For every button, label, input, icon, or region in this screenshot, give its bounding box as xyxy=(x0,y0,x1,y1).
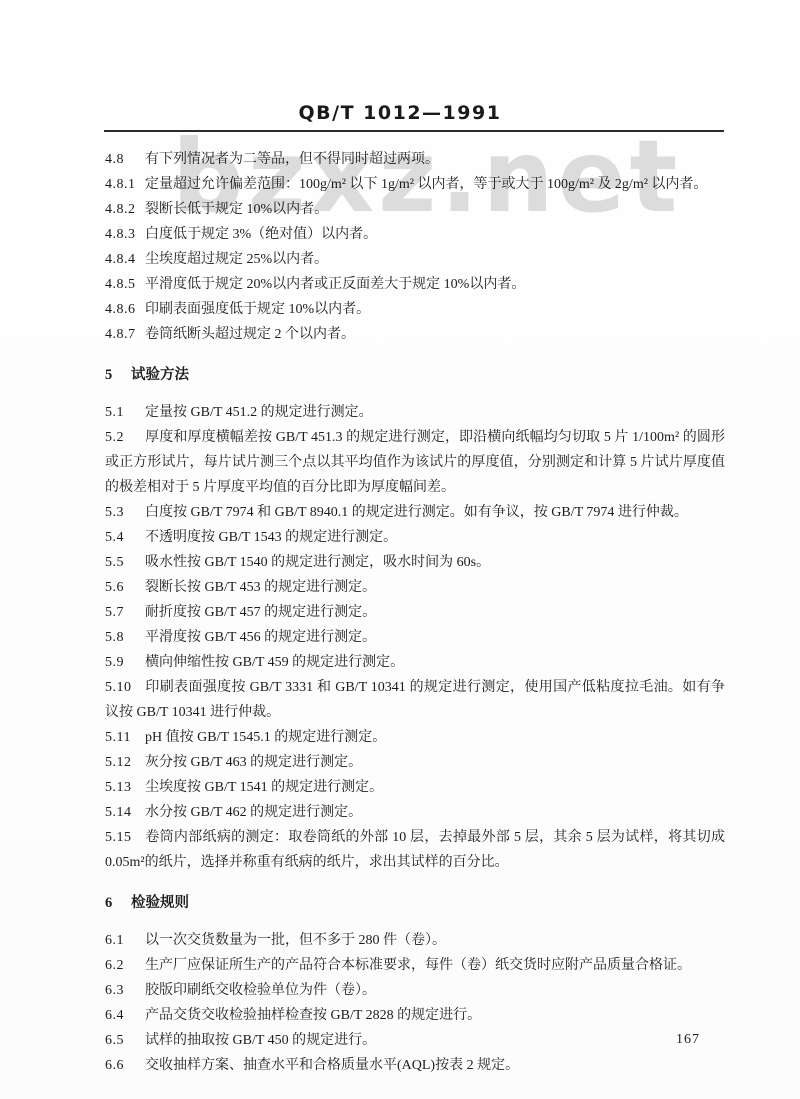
clause-text: 耐折度按 GB/T 457 的规定进行测定。 xyxy=(145,605,376,620)
clause-number: 5.6 xyxy=(105,575,145,600)
clause-text: 平滑度按 GB/T 456 的规定进行测定。 xyxy=(145,630,376,645)
clauses-list: 4.8有下列情况者为二等品，但不得同时超过两项。 4.8.1定量超过允许偏差范围… xyxy=(105,147,725,1078)
clause-row: 4.8.2裂断长低于规定 10%以内者。 xyxy=(105,197,725,222)
clause-number: 5.10 xyxy=(105,675,145,700)
clause-row: 4.8.1定量超过允许偏差范围：100g/m² 以下 1g/m² 以内者，等于或… xyxy=(105,172,725,197)
clause-number: 6 xyxy=(105,891,131,916)
clause-text: 水分按 GB/T 462 的规定进行测定。 xyxy=(145,805,362,820)
clause-number: 5 xyxy=(105,363,131,388)
clause-row: 4.8有下列情况者为二等品，但不得同时超过两项。 xyxy=(105,147,725,172)
clause-text: 印刷表面强度按 GB/T 3331 和 GB/T 10341 的规定进行测定，使… xyxy=(105,680,725,720)
page-number: 167 xyxy=(676,1032,700,1048)
clause-number: 5.5 xyxy=(105,550,145,575)
clause-number: 4.8.5 xyxy=(105,272,145,297)
clause-text: 有下列情况者为二等品，但不得同时超过两项。 xyxy=(145,152,439,167)
clause-number: 6.5 xyxy=(105,1028,145,1053)
clause-row: 6.2生产厂应保证所生产的产品符合本标准要求，每件（卷）纸交货时应附产品质量合格… xyxy=(105,953,725,978)
clause-row: 5.6裂断长按 GB/T 453 的规定进行测定。 xyxy=(105,575,725,600)
clause-text: 试样的抽取按 GB/T 450 的规定进行。 xyxy=(145,1033,376,1048)
clause-number: 4.8.7 xyxy=(105,322,145,347)
clause-row: 6.3胶版印刷纸交收检验单位为件（卷）。 xyxy=(105,978,725,1003)
clause-row: 5.11pH 值按 GB/T 1545.1 的规定进行测定。 xyxy=(105,725,725,750)
clause-row: 4.8.6印刷表面强度低于规定 10%以内者。 xyxy=(105,297,725,322)
clause-row: 5.2厚度和厚度横幅差按 GB/T 451.3 的规定进行测定，即沿横向纸幅均匀… xyxy=(105,425,725,500)
clause-number: 5.9 xyxy=(105,650,145,675)
clause-number: 6.2 xyxy=(105,953,145,978)
clause-row: 5.4不透明度按 GB/T 1543 的规定进行测定。 xyxy=(105,525,725,550)
clause-row: 6.5试样的抽取按 GB/T 450 的规定进行。 xyxy=(105,1028,725,1053)
clause-text: 检验规则 xyxy=(131,895,189,911)
clause-text: 裂断长按 GB/T 453 的规定进行测定。 xyxy=(145,580,376,595)
clause-text: 吸水性按 GB/T 1540 的规定进行测定，吸水时间为 60s。 xyxy=(145,555,490,570)
clause-number: 5.15 xyxy=(105,825,145,850)
clause-row: 5.5吸水性按 GB/T 1540 的规定进行测定，吸水时间为 60s。 xyxy=(105,550,725,575)
clause-text: 灰分按 GB/T 463 的规定进行测定。 xyxy=(145,755,362,770)
clause-text: 以一次交货数量为一批，但不多于 280 件（卷）。 xyxy=(145,933,446,948)
clause-text: pH 值按 GB/T 1545.1 的规定进行测定。 xyxy=(145,730,386,745)
clause-row: 6.4产品交货交收检验抽样检查按 GB/T 2828 的规定进行。 xyxy=(105,1003,725,1028)
clause-number: 5.12 xyxy=(105,750,145,775)
header-rule xyxy=(104,130,724,132)
clause-row: 5.7耐折度按 GB/T 457 的规定进行测定。 xyxy=(105,600,725,625)
clause-row: 4.8.3白度低于规定 3%（绝对值）以内者。 xyxy=(105,222,725,247)
clause-number: 4.8 xyxy=(105,147,145,172)
clause-text: 横向伸缩性按 GB/T 459 的规定进行测定。 xyxy=(145,655,404,670)
clause-text: 不透明度按 GB/T 1543 的规定进行测定。 xyxy=(145,530,397,545)
clause-text: 试验方法 xyxy=(131,367,189,383)
clause-row: 6.1以一次交货数量为一批，但不多于 280 件（卷）。 xyxy=(105,928,725,953)
clause-row: 4.8.5平滑度低于规定 20%以内者或正反面差大于规定 10%以内者。 xyxy=(105,272,725,297)
clause-row: 4.8.7卷筒纸断头超过规定 2 个以内者。 xyxy=(105,322,725,347)
clause-row: 6.6交收抽样方案、抽查水平和合格质量水平(AQL)按表 2 规定。 xyxy=(105,1053,725,1078)
clause-number: 5.7 xyxy=(105,600,145,625)
clause-row: 5.1定量按 GB/T 451.2 的规定进行测定。 xyxy=(105,400,725,425)
clause-number: 4.8.2 xyxy=(105,197,145,222)
clause-number: 4.8.3 xyxy=(105,222,145,247)
clause-number: 5.14 xyxy=(105,800,145,825)
clause-text: 印刷表面强度低于规定 10%以内者。 xyxy=(145,302,370,317)
clause-text: 白度按 GB/T 7974 和 GB/T 8940.1 的规定进行测定。如有争议… xyxy=(145,505,688,520)
clause-text: 生产厂应保证所生产的产品符合本标准要求，每件（卷）纸交货时应附产品质量合格证。 xyxy=(145,958,691,973)
clause-row: 5.15卷筒内部纸病的测定：取卷筒纸的外部 10 层，去掉最外部 5 层，其余 … xyxy=(105,825,725,875)
clause-number: 5.8 xyxy=(105,625,145,650)
clause-row: 5.12灰分按 GB/T 463 的规定进行测定。 xyxy=(105,750,725,775)
clause-row: 5.14水分按 GB/T 462 的规定进行测定。 xyxy=(105,800,725,825)
clause-row: 5.3白度按 GB/T 7974 和 GB/T 8940.1 的规定进行测定。如… xyxy=(105,500,725,525)
clause-text: 尘埃度超过规定 25%以内者。 xyxy=(145,252,328,267)
clause-number: 5.11 xyxy=(105,725,145,750)
clause-number: 5.4 xyxy=(105,525,145,550)
clause-text: 裂断长低于规定 10%以内者。 xyxy=(145,202,328,217)
clause-number: 4.8.1 xyxy=(105,172,145,197)
clause-row: 5试验方法 xyxy=(105,363,725,388)
clause-number: 5.3 xyxy=(105,500,145,525)
clause-text: 定量按 GB/T 451.2 的规定进行测定。 xyxy=(145,405,373,420)
clause-text: 产品交货交收检验抽样检查按 GB/T 2828 的规定进行。 xyxy=(145,1008,481,1023)
clause-number: 6.3 xyxy=(105,978,145,1003)
standard-number: QB/T 1012—1991 xyxy=(0,102,800,124)
clause-number: 5.13 xyxy=(105,775,145,800)
clause-text: 平滑度低于规定 20%以内者或正反面差大于规定 10%以内者。 xyxy=(145,277,525,292)
document-page: bzxz.net QB/T 1012—1991 4.8有下列情况者为二等品，但不… xyxy=(0,0,800,1099)
clause-row: 4.8.4尘埃度超过规定 25%以内者。 xyxy=(105,247,725,272)
clause-text: 胶版印刷纸交收检验单位为件（卷）。 xyxy=(145,983,376,998)
clause-text: 尘埃度按 GB/T 1541 的规定进行测定。 xyxy=(145,780,383,795)
clause-number: 4.8.6 xyxy=(105,297,145,322)
clause-number: 6.4 xyxy=(105,1003,145,1028)
clause-row: 5.13尘埃度按 GB/T 1541 的规定进行测定。 xyxy=(105,775,725,800)
clause-text: 定量超过允许偏差范围：100g/m² 以下 1g/m² 以内者，等于或大于 10… xyxy=(145,177,707,192)
clause-row: 5.8平滑度按 GB/T 456 的规定进行测定。 xyxy=(105,625,725,650)
clause-number: 5.1 xyxy=(105,400,145,425)
clause-text: 卷筒内部纸病的测定：取卷筒纸的外部 10 层，去掉最外部 5 层，其余 5 层为… xyxy=(105,830,725,870)
clause-number: 5.2 xyxy=(105,425,145,450)
clause-text: 白度低于规定 3%（绝对值）以内者。 xyxy=(145,227,377,242)
clause-row: 5.9横向伸缩性按 GB/T 459 的规定进行测定。 xyxy=(105,650,725,675)
clause-row: 6检验规则 xyxy=(105,891,725,916)
clause-text: 交收抽样方案、抽查水平和合格质量水平(AQL)按表 2 规定。 xyxy=(145,1058,519,1073)
clause-number: 6.6 xyxy=(105,1053,145,1078)
clause-number: 4.8.4 xyxy=(105,247,145,272)
clause-row: 5.10印刷表面强度按 GB/T 3331 和 GB/T 10341 的规定进行… xyxy=(105,675,725,725)
clause-text: 厚度和厚度横幅差按 GB/T 451.3 的规定进行测定，即沿横向纸幅均匀切取 … xyxy=(105,430,725,495)
clause-text: 卷筒纸断头超过规定 2 个以内者。 xyxy=(145,327,355,342)
clause-number: 6.1 xyxy=(105,928,145,953)
